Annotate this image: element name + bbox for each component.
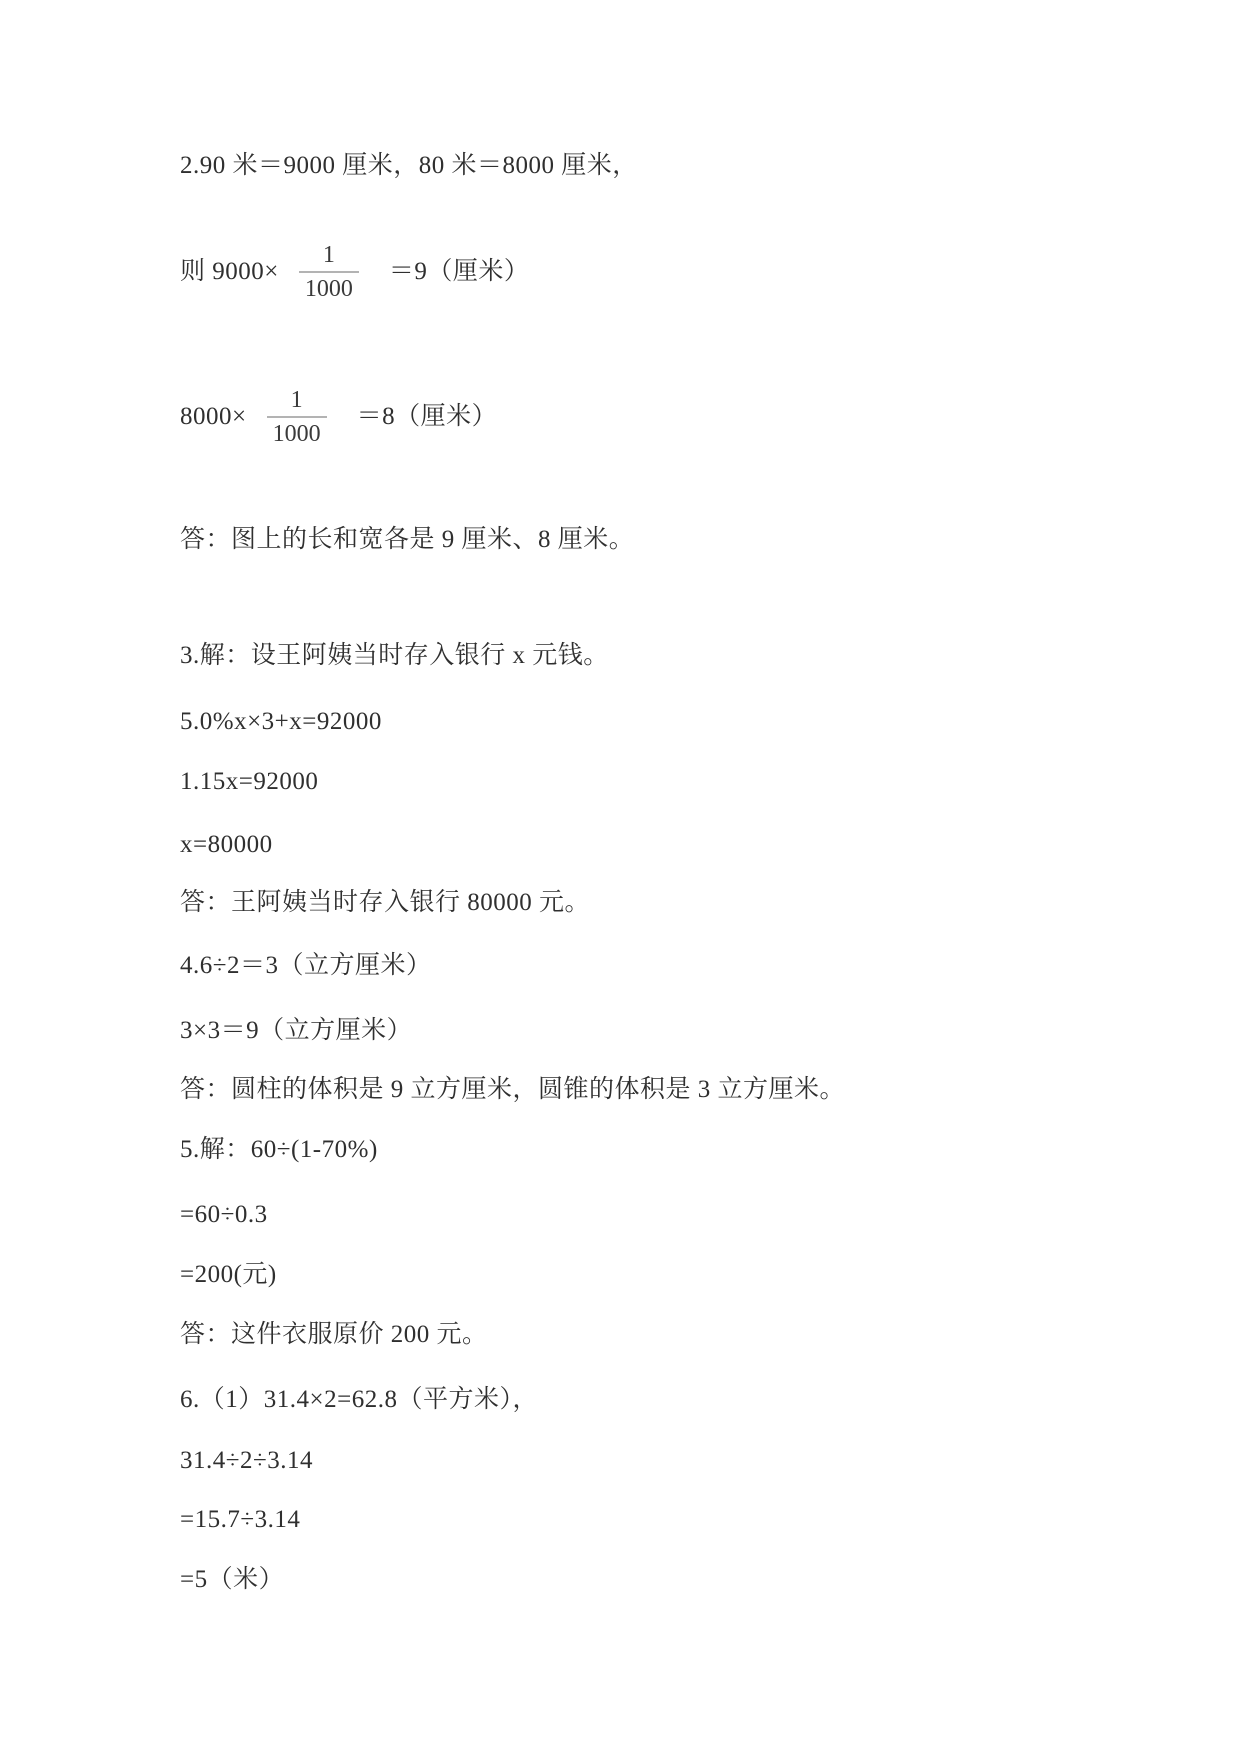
equation-suffix: ＝8（厘米）	[357, 400, 498, 434]
equation-prefix: 8000×	[180, 400, 247, 434]
equation-line: 31.4÷2÷3.14	[180, 1444, 313, 1478]
equation-line: 1.15x=92000	[180, 765, 318, 799]
equation-line: =5（米）	[180, 1563, 284, 1597]
fraction-numerator: 1	[323, 243, 335, 271]
equation-line-with-fraction: 8000× 1 1000 ＝8（厘米）	[180, 388, 497, 446]
equation-line-with-fraction: 则 9000× 1 1000 ＝9（厘米）	[180, 243, 529, 301]
answer-line: 答：这件衣服原价 200 元。	[180, 1318, 488, 1352]
document-page: 2.90 米＝9000 厘米，80 米＝8000 厘米， 则 9000× 1 1…	[0, 0, 1241, 1755]
equation-line: 4.6÷2＝3（立方厘米）	[180, 949, 431, 983]
equation-suffix: ＝9（厘米）	[389, 255, 530, 289]
answer-line: 答：王阿姨当时存入银行 80000 元。	[180, 886, 590, 920]
equation-line: 5.解：60÷(1-70%)	[180, 1133, 378, 1167]
equation-line: =15.7÷3.14	[180, 1503, 300, 1537]
equation-line: =200(元)	[180, 1258, 277, 1292]
answer-line: 答：图上的长和宽各是 9 厘米、8 厘米。	[180, 523, 634, 557]
fraction-denominator: 1000	[299, 271, 359, 301]
fraction: 1 1000	[247, 388, 347, 446]
document-line: 2.90 米＝9000 厘米，80 米＝8000 厘米，	[180, 149, 638, 183]
equation-line: 3×3＝9（立方厘米）	[180, 1014, 412, 1048]
equation-line: 6.（1）31.4×2=62.8（平方米），	[180, 1383, 538, 1417]
fraction-denominator: 1000	[267, 416, 327, 446]
fraction: 1 1000	[279, 243, 379, 301]
equation-prefix: 则 9000×	[180, 255, 279, 289]
equation-line: =60÷0.3	[180, 1198, 268, 1232]
equation-line: 5.0%x×3+x=92000	[180, 705, 382, 739]
fraction-numerator: 1	[291, 388, 303, 416]
equation-line: x=80000	[180, 828, 273, 862]
document-line: 3.解：设王阿姨当时存入银行 x 元钱。	[180, 639, 609, 673]
answer-line: 答：圆柱的体积是 9 立方厘米，圆锥的体积是 3 立方厘米。	[180, 1073, 845, 1107]
